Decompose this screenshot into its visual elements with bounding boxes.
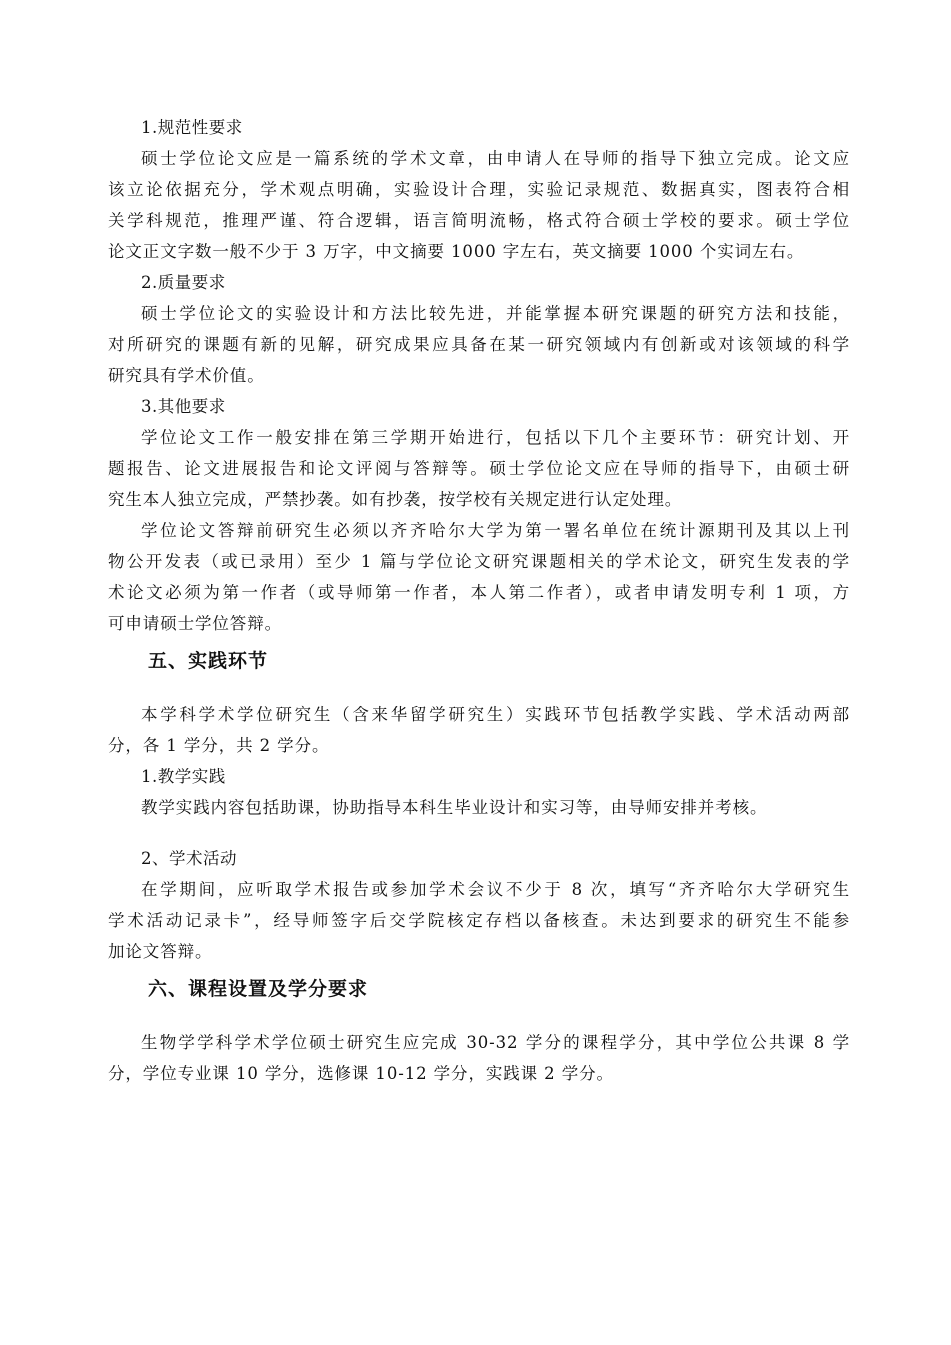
- section-title-courses: 六、课程设置及学分要求: [108, 973, 850, 1005]
- paragraph-line: 分，学位专业课 10 学分，选修课 10-12 学分，实践课 2 学分。: [108, 1058, 850, 1089]
- paragraph-line: 术论文必须为第一作者（或导师第一作者，本人第二作者），或者申请发明专利 1 项，…: [108, 577, 850, 608]
- paragraph-line: 究生本人独立完成，严禁抄袭。如有抄袭，按学校有关规定进行认定处理。: [108, 484, 850, 515]
- section-title-practice: 五、实践环节: [108, 645, 850, 677]
- paragraph-line: 硕士学位论文应是一篇系统的学术文章，由申请人在导师的指导下独立完成。论文应: [108, 143, 850, 174]
- document-page: 1.规范性要求 硕士学位论文应是一篇系统的学术文章，由申请人在导师的指导下独立完…: [108, 112, 850, 1089]
- paragraph-line: 学术活动记录卡”，经导师签字后交学院核定存档以备核查。未达到要求的研究生不能参: [108, 905, 850, 936]
- paragraph-line: 物公开发表（或已录用）至少 1 篇与学位论文研究课题相关的学术论文，研究生发表的…: [108, 546, 850, 577]
- paragraph-line: 分，各 1 学分，共 2 学分。: [108, 730, 850, 761]
- paragraph-line: 题报告、论文进展报告和论文评阅与答辩等。硕士学位论文应在导师的指导下，由硕士研: [108, 453, 850, 484]
- paragraph-line: 关学科规范，推理严谨、符合逻辑，语言简明流畅，格式符合硕士学校的要求。硕士学位: [108, 205, 850, 236]
- paragraph-line: 对所研究的课题有新的见解，研究成果应具备在某一研究领域内有创新或对该领域的科学: [108, 329, 850, 360]
- paragraph-line: 论文正文字数一般不少于 3 万字，中文摘要 1000 字左右，英文摘要 1000…: [108, 236, 850, 267]
- subheading-normative: 1.规范性要求: [108, 112, 850, 143]
- paragraph-line: 在学期间，应听取学术报告或参加学术会议不少于 8 次，填写“齐齐哈尔大学研究生: [108, 874, 850, 905]
- paragraph-line: 研究具有学术价值。: [108, 360, 850, 391]
- paragraph-line: 可申请硕士学位答辩。: [108, 608, 850, 639]
- subheading-quality: 2.质量要求: [108, 267, 850, 298]
- paragraph-line: 加论文答辩。: [108, 936, 850, 967]
- paragraph-line: 本学科学术学位研究生（含来华留学研究生）实践环节包括教学实践、学术活动两部: [108, 699, 850, 730]
- subheading-academic-activity: 2、学术活动: [108, 843, 850, 874]
- paragraph-line: 教学实践内容包括助课，协助指导本科生毕业设计和实习等，由导师安排并考核。: [108, 792, 850, 823]
- subheading-other: 3.其他要求: [108, 391, 850, 422]
- paragraph-line: 生物学学科学术学位硕士研究生应完成 30-32 学分的课程学分，其中学位公共课 …: [108, 1027, 850, 1058]
- paragraph-line: 学位论文工作一般安排在第三学期开始进行，包括以下几个主要环节：研究计划、开: [108, 422, 850, 453]
- paragraph-line: 该立论依据充分，学术观点明确，实验设计合理，实验记录规范、数据真实，图表符合相: [108, 174, 850, 205]
- paragraph-line: 硕士学位论文的实验设计和方法比较先进，并能掌握本研究课题的研究方法和技能，: [108, 298, 850, 329]
- subheading-teaching-practice: 1.教学实践: [108, 761, 850, 792]
- paragraph-line: 学位论文答辩前研究生必须以齐齐哈尔大学为第一署名单位在统计源期刊及其以上刊: [108, 515, 850, 546]
